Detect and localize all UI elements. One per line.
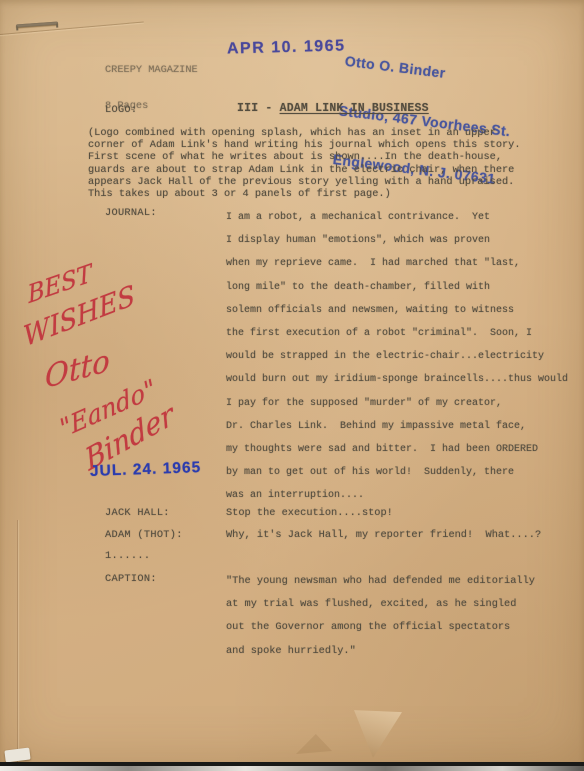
text-line: at my trial was flushed, excited, as he …	[226, 593, 535, 616]
text-line: "The young newsman who had defended me e…	[226, 570, 535, 593]
text-line: the first execution of a robot "criminal…	[226, 322, 568, 345]
jack-hall-label: JACK HALL:	[105, 507, 170, 519]
magazine-name: CREEPY MAGAZINE	[105, 64, 198, 76]
production-note: CREEPY MAGAZINE 8 Pages	[105, 40, 198, 136]
text-line: my thoughts were sad and bitter. I had b…	[226, 438, 568, 461]
scanned-script-page: CREEPY MAGAZINE 8 Pages APR 10. 1965 Ott…	[0, 0, 584, 771]
text-line: and spoke hurriedly."	[226, 640, 535, 663]
text-line: would burn out my iridium-sponge braince…	[226, 368, 568, 391]
adam-thot-line: Why, it's Jack Hall, my reporter friend!…	[226, 529, 541, 541]
text-line: solemn officials and newsmen, waiting to…	[226, 299, 568, 322]
text-line: long mile" to the death-chamber, filled …	[226, 276, 568, 299]
text-line: I display human "emotions", which was pr…	[226, 229, 568, 252]
caption-lines: "The young newsman who had defended me e…	[226, 570, 535, 663]
date-received-stamp-april: APR 10. 1965	[227, 37, 346, 58]
text-line: First scene of what he writes about is s…	[88, 151, 521, 163]
script-title: III - ADAM LINK IN BUSINESS	[237, 103, 429, 115]
adam-thot-label: ADAM (THOT):	[105, 529, 183, 541]
text-line: This takes up about 3 or 4 panels of fir…	[88, 188, 521, 200]
text-line: Dr. Charles Link. Behind my impassive me…	[226, 415, 568, 438]
title-prefix: III -	[237, 102, 280, 115]
text-line: was an interruption....	[226, 484, 568, 507]
caption-label: CAPTION:	[105, 573, 157, 585]
text-line: when my reprieve came. I had marched tha…	[226, 252, 568, 275]
journal-label: JOURNAL:	[105, 207, 157, 219]
logo-label: LOGO:	[105, 104, 137, 116]
journal-lines: I am a robot, a mechanical contrivance. …	[226, 206, 568, 508]
jack-hall-line: Stop the execution....stop!	[226, 507, 393, 519]
text-line: would be strapped in the electric-chair.…	[226, 345, 568, 368]
logo-description: (Logo combined with opening splash, whic…	[88, 127, 521, 200]
text-line: (Logo combined with opening splash, whic…	[88, 127, 521, 139]
panel-number-label: 1......	[105, 550, 150, 562]
text-line: I am a robot, a mechanical contrivance. …	[226, 206, 568, 229]
text-line: by man to get out of his world! Suddenly…	[226, 461, 568, 484]
left-edge-crease	[17, 520, 18, 762]
text-line: I pay for the supposed "murder" of my cr…	[226, 392, 568, 415]
author-name: Otto O. Binder	[344, 53, 517, 90]
title-underlined: ADAM LINK IN BUSINESS	[280, 102, 429, 115]
text-line: guards are about to strap Adam Link in t…	[88, 164, 521, 176]
text-line: corner of Adam Link's hand writing his j…	[88, 139, 521, 151]
under-sheet	[0, 766, 584, 771]
text-line: appears Jack Hall of the previous story …	[88, 176, 521, 188]
text-line: out the Governor among the official spec…	[226, 616, 535, 639]
